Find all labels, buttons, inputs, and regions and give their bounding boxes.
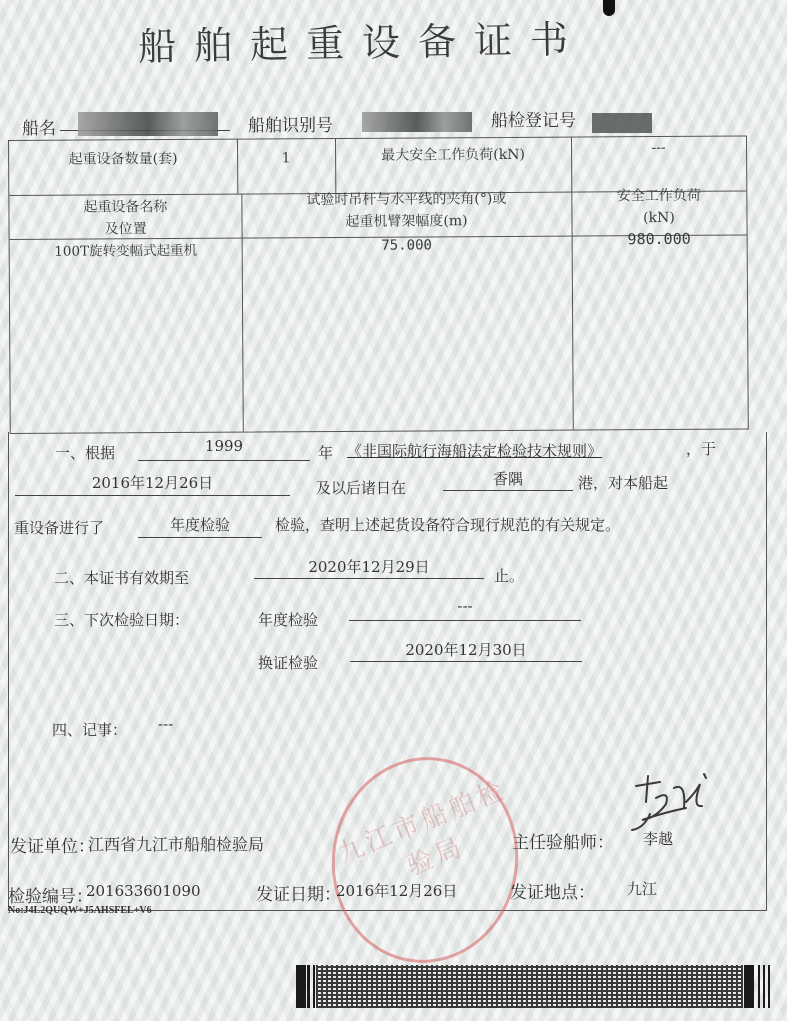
- equipment-table: 起重设备数量(套) 1 最大安全工作负荷(kN) --- 起重设备名称 及位置 …: [8, 135, 749, 434]
- inspection-no: 201633601090: [86, 882, 201, 900]
- issue-date: 2016年12月26日: [336, 880, 457, 901]
- section1-after-date: 及以后诸日在: [316, 477, 406, 498]
- column-header-name: 起重设备名称 及位置: [9, 196, 241, 241]
- issue-date-label: 发证日期：: [256, 880, 341, 905]
- section1-regulation: 《非国际航行海船法定检验技术规则》: [347, 440, 602, 461]
- column-header-load: 安全工作负荷 (kN): [571, 184, 746, 229]
- section3-renewal-value: 2020年12月30日: [350, 639, 582, 660]
- serial-number: No:J4L2QUQW+J5AHSFEL+V6: [8, 905, 152, 916]
- section2-label: 二、本证书有效期至: [54, 567, 189, 588]
- pdf417-barcode: [296, 965, 770, 1008]
- section1-port: 香隅: [443, 468, 573, 489]
- section1-inspection-type: 年度检验: [138, 514, 262, 535]
- section4-label: 四、记事：: [52, 719, 127, 740]
- count-label: 起重设备数量(套): [9, 148, 237, 171]
- dark-mark: [603, 0, 615, 16]
- registry-redacted: [592, 113, 652, 133]
- table-row-angle: 75.000: [242, 234, 572, 258]
- issuer-label: 发证单位：: [10, 832, 95, 857]
- section1-port-suffix: 港，对本船起: [578, 472, 668, 493]
- column-header-angle: 试验时吊杆与水平线的夹角(°)或 起重机臂架幅度(m): [241, 188, 571, 234]
- section1-line3-suffix: 检验，查明上述起货设备符合现行规范的有关规定。: [275, 514, 620, 535]
- section1-line3-prefix: 重设备进行了: [14, 517, 104, 538]
- section1-date: 2016年12月26日: [15, 472, 290, 493]
- ship-name-label: 船名: [22, 114, 56, 139]
- section3-label: 三、下次检验日期：: [54, 609, 189, 630]
- section4-value: ---: [158, 715, 173, 733]
- issuer-name: 江西省九江市船舶检验局: [88, 832, 264, 855]
- registry-label: 船检登记号: [491, 106, 576, 131]
- certificate-title: 船舶起重设备证书: [138, 8, 587, 71]
- ship-id-redacted: [362, 112, 472, 132]
- section1-prefix: 一、根据: [55, 442, 115, 463]
- table-row-load: 980.000: [572, 227, 747, 250]
- issue-place: 九江: [627, 878, 657, 899]
- surveyor-label: 主任验船师：: [512, 828, 614, 853]
- surveyor-name: 李越: [643, 828, 673, 849]
- section1-comma: ，于: [686, 438, 716, 459]
- section3-annual-value: ---: [349, 597, 581, 615]
- count-value: 1: [237, 147, 335, 170]
- section2-suffix: 止。: [494, 565, 524, 586]
- section3-annual-label: 年度检验: [258, 609, 318, 630]
- ship-id-label: 船舶识别号: [248, 111, 333, 136]
- inspection-no-label: 检验编号：: [8, 882, 93, 907]
- ship-name-redacted: [78, 112, 218, 136]
- section1-year-suffix: 年: [318, 442, 333, 463]
- max-load-value: ---: [571, 136, 746, 159]
- max-load-label: 最大安全工作负荷(kN): [335, 144, 571, 167]
- table-row-name: 100T旋转变幅式起重机: [10, 240, 242, 263]
- issue-place-label: 发证地点：: [510, 878, 595, 903]
- section2-date: 2020年12月29日: [254, 556, 484, 577]
- section1-year: 1999: [138, 437, 310, 455]
- section3-renewal-label: 换证检验: [258, 652, 318, 673]
